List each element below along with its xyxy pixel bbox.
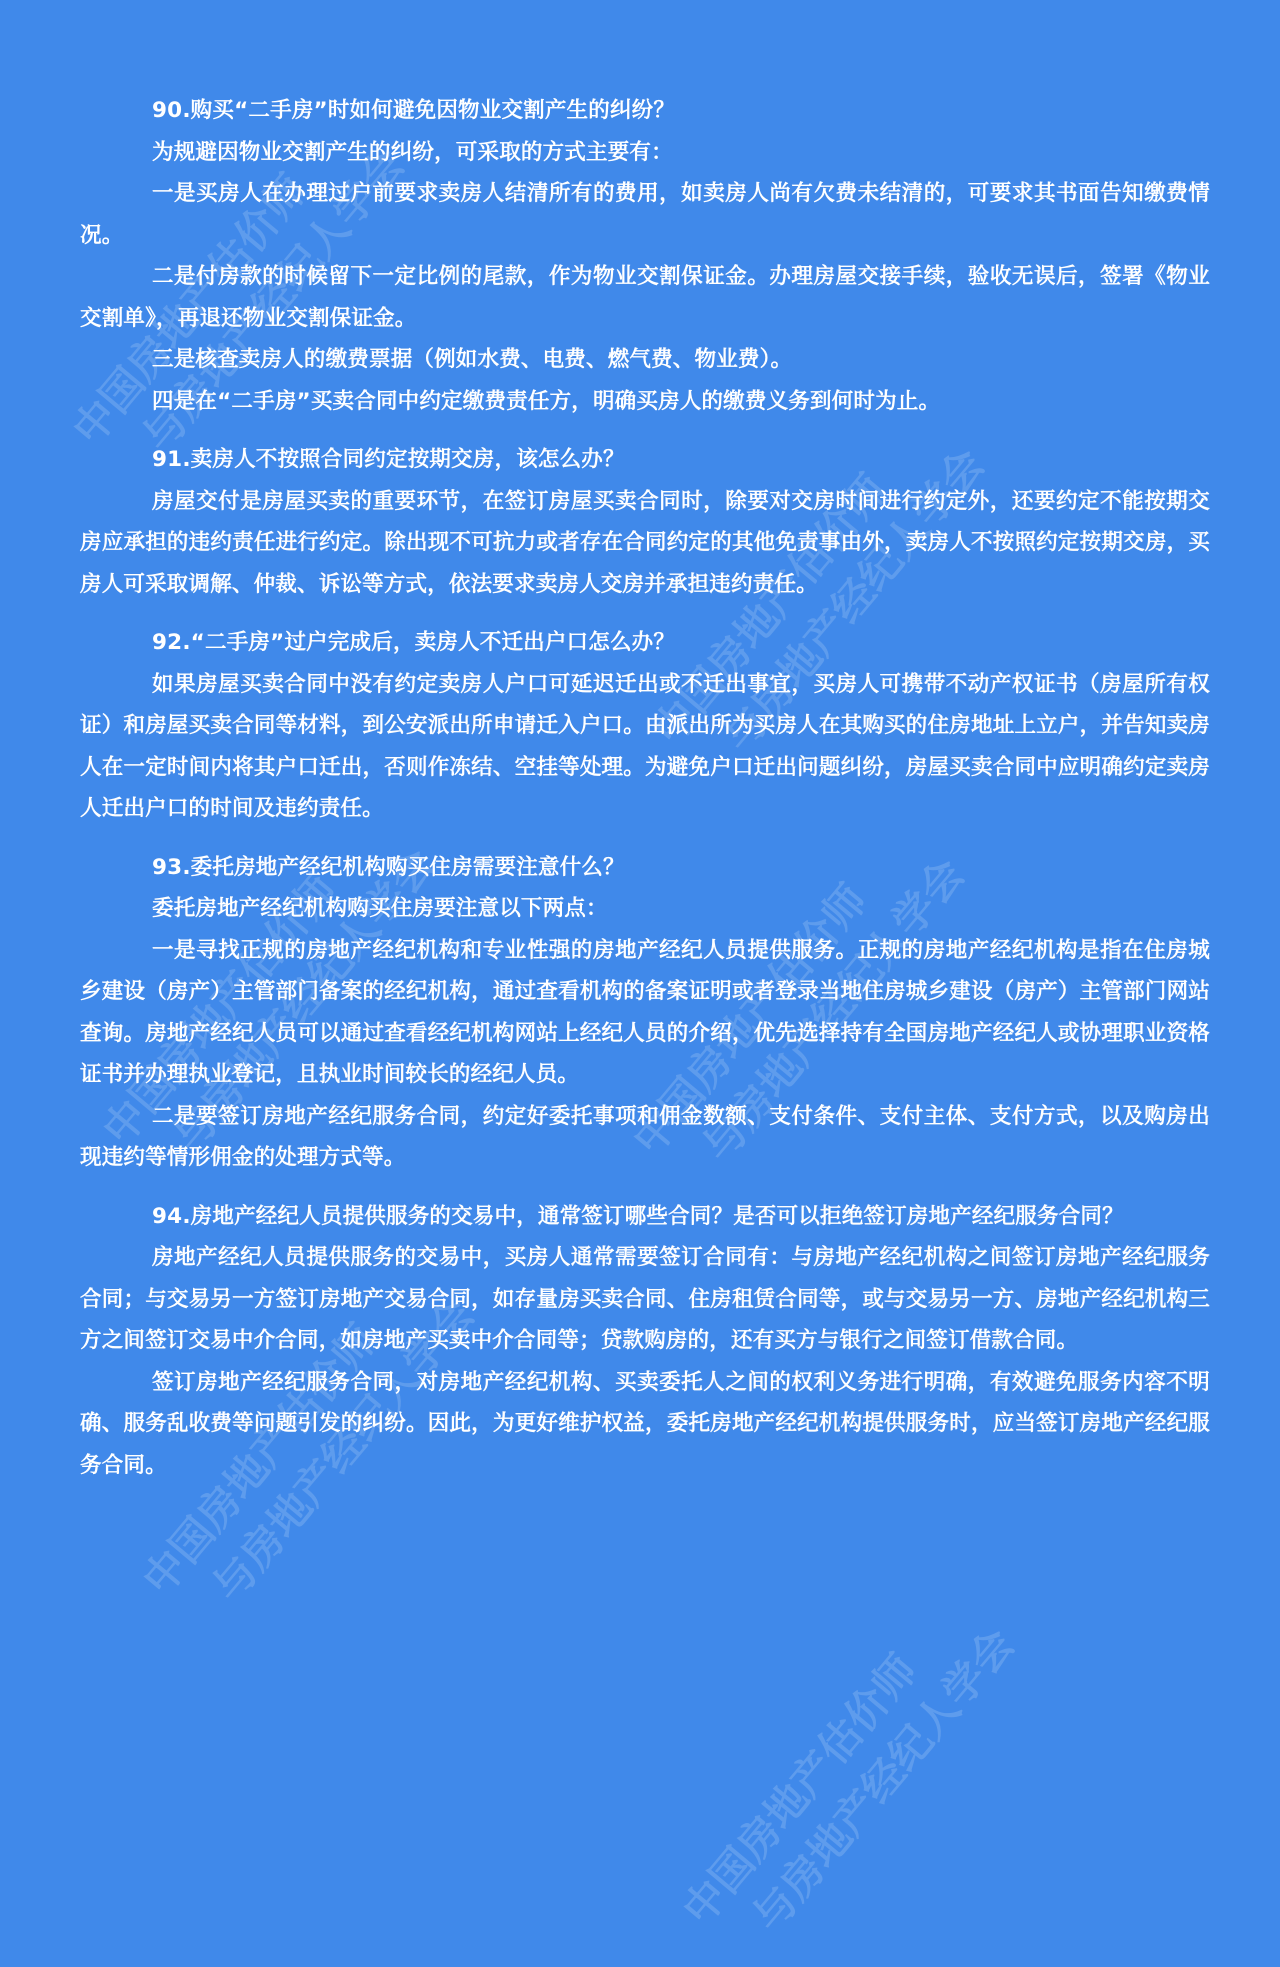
faq-document: 90.购买“二手房”时如何避免因物业交割产生的纠纷？ 为规避因物业交割产生的纠纷…: [80, 90, 1210, 1503]
answer-paragraph: 委托房地产经纪机构购买住房要注意以下两点：: [80, 888, 1210, 930]
question-heading: 90.购买“二手房”时如何避免因物业交割产生的纠纷？: [80, 90, 1210, 132]
answer-paragraph: 二是付房款的时候留下一定比例的尾款，作为物业交割保证金。办理房屋交接手续，验收无…: [80, 256, 1210, 339]
watermark: 中国房地产估价师与房地产经纪人学会: [670, 1580, 1028, 1967]
answer-paragraph: 房地产经纪人员提供服务的交易中，买房人通常需要签订合同有：与房地产经纪机构之间签…: [80, 1237, 1210, 1362]
faq-section-92: 92.“二手房”过户完成后，卖房人不迁出户口怎么办？ 如果房屋买卖合同中没有约定…: [80, 622, 1210, 830]
answer-paragraph: 签订房地产经纪服务合同，对房地产经纪机构、买卖委托人之间的权利义务进行明确，有效…: [80, 1362, 1210, 1487]
question-heading: 91.卖房人不按照合同约定按期交房，该怎么办？: [80, 439, 1210, 481]
faq-section-94: 94.房地产经纪人员提供服务的交易中，通常签订哪些合同？是否可以拒绝签订房地产经…: [80, 1196, 1210, 1487]
answer-paragraph: 如果房屋买卖合同中没有约定卖房人户口可延迟迁出或不迁出事宜，买房人可携带不动产权…: [80, 664, 1210, 830]
answer-paragraph: 一是寻找正规的房地产经纪机构和专业性强的房地产经纪人员提供服务。正规的房地产经纪…: [80, 930, 1210, 1096]
question-heading: 92.“二手房”过户完成后，卖房人不迁出户口怎么办？: [80, 622, 1210, 664]
faq-section-91: 91.卖房人不按照合同约定按期交房，该怎么办？ 房屋交付是房屋买卖的重要环节，在…: [80, 439, 1210, 605]
answer-paragraph: 二是要签订房地产经纪服务合同，约定好委托事项和佣金数额、支付条件、支付主体、支付…: [80, 1096, 1210, 1179]
answer-paragraph: 三是核查卖房人的缴费票据（例如水费、电费、燃气费、物业费）。: [80, 339, 1210, 381]
question-heading: 93.委托房地产经纪机构购买住房需要注意什么？: [80, 847, 1210, 889]
answer-paragraph: 为规避因物业交割产生的纠纷，可采取的方式主要有：: [80, 132, 1210, 174]
answer-paragraph: 房屋交付是房屋买卖的重要环节，在签订房屋买卖合同时，除要对交房时间进行约定外，还…: [80, 481, 1210, 606]
faq-section-90: 90.购买“二手房”时如何避免因物业交割产生的纠纷？ 为规避因物业交割产生的纠纷…: [80, 90, 1210, 422]
faq-section-93: 93.委托房地产经纪机构购买住房需要注意什么？ 委托房地产经纪机构购买住房要注意…: [80, 847, 1210, 1179]
answer-paragraph: 一是买房人在办理过户前要求卖房人结清所有的费用，如卖房人尚有欠费未结清的，可要求…: [80, 173, 1210, 256]
question-heading: 94.房地产经纪人员提供服务的交易中，通常签订哪些合同？是否可以拒绝签订房地产经…: [80, 1196, 1210, 1238]
answer-paragraph: 四是在“二手房”买卖合同中约定缴费责任方，明确买房人的缴费义务到何时为止。: [80, 381, 1210, 423]
